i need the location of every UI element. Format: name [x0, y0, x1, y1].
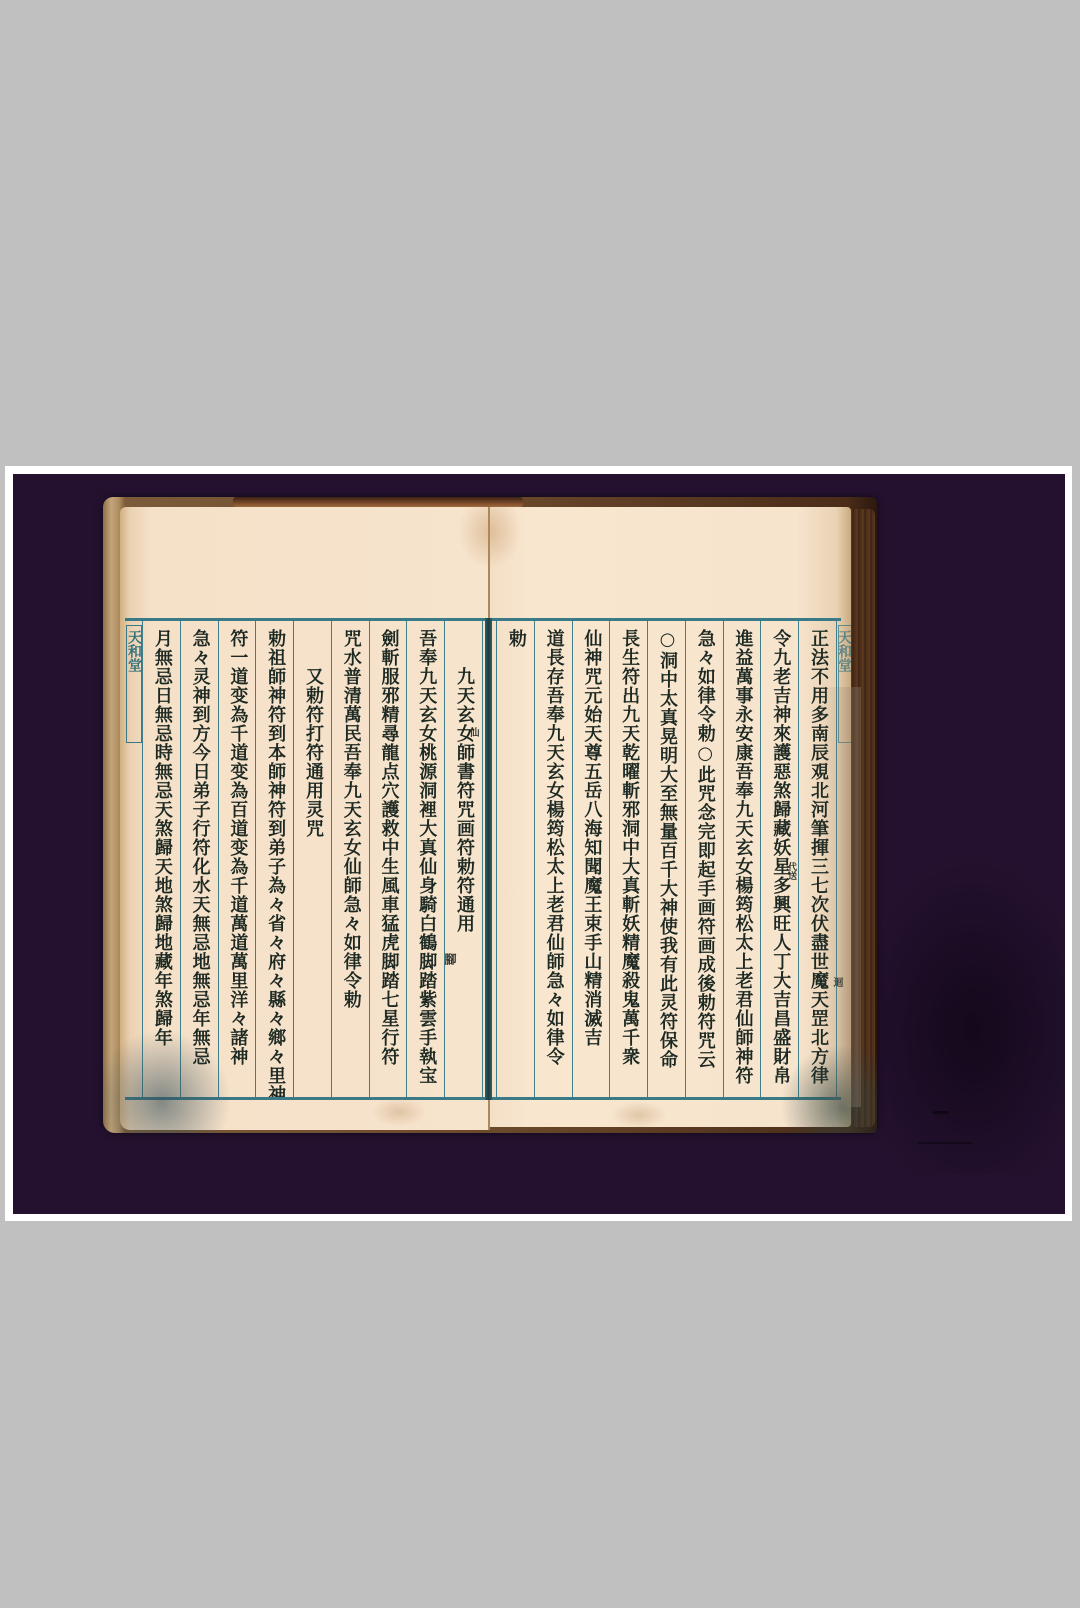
text-column: 急々灵神到方今日弟子行符化水天無忌地無忌年無忌 — [180, 621, 218, 1097]
background-shadow — [853, 854, 1065, 1174]
right-margin-title: 天和堂 — [838, 625, 851, 743]
text-column: 月無忌日無忌時無忌天煞歸天地煞歸地藏年煞歸年 — [142, 621, 180, 1097]
text-column: 吾奉九天玄女桃源洞裡大真仙身騎白鶴脚踏紫雲手執宝 — [406, 621, 444, 1097]
text-column: 長生符出九天乾曜斬邪洞中大真斬妖精魔殺鬼萬千衆 — [609, 621, 647, 1097]
text-column: ○洞中太真晃明大至無量百千大神使我有此灵符保命 — [647, 621, 685, 1097]
open-book: 天和堂 九天玄女師書符咒画符勅符通用 吾奉九天玄女桃源洞裡大真仙身騎白鶴脚踏紫雲… — [103, 497, 877, 1133]
background-mark — [918, 1142, 972, 1144]
text-column: 咒水普清萬民吾奉九天玄女仙師急々如律令勅 — [331, 621, 369, 1097]
text-column: 勅祖師神符到本師神符到弟子為々省々府々縣々鄉々里神 — [255, 621, 293, 1097]
right-page-columns: 正法不用多南辰覌北河筆揮三七次伏盡世魔天罡北方律 令九老吉神來護惡煞歸藏妖星多興… — [497, 621, 837, 1097]
right-margin-title-text: 天和堂 — [838, 630, 851, 672]
margin-annotation: 仙 — [467, 727, 477, 737]
text-column: 勅 — [496, 621, 534, 1097]
margin-annotation: 代送 — [786, 862, 795, 880]
text-column: 急々如律令勅○此咒念完即起手画符画成後勅符咒云 — [685, 621, 723, 1097]
left-margin-title: 天和堂 — [126, 625, 142, 743]
text-column: 令九老吉神來護惡煞歸藏妖星多興旺人丁大吉昌盛財帛 — [760, 621, 798, 1097]
left-page-columns: 九天玄女師書符咒画符勅符通用 吾奉九天玄女桃源洞裡大真仙身騎白鶴脚踏紫雲手執宝 … — [143, 621, 483, 1097]
text-column: 仙神咒元始天尊五岳八海知聞魔王束手山精消滅吉 — [572, 621, 610, 1097]
left-margin-title-text: 天和堂 — [126, 630, 142, 672]
text-column: 正法不用多南辰覌北河筆揮三七次伏盡世魔天罡北方律 — [798, 621, 836, 1097]
text-column: 道長存吾奉九天玄女楊筠松太上老君仙師急々如律令 — [534, 621, 572, 1097]
photo-frame: 天和堂 九天玄女師書符咒画符勅符通用 吾奉九天玄女桃源洞裡大真仙身騎白鶴脚踏紫雲… — [5, 466, 1072, 1221]
text-column: 劍斬服邪精尋龍点穴護救中生風車猛虎脚踏七星行符 — [369, 621, 407, 1097]
manuscript-photo: 天和堂 九天玄女師書符咒画符勅符通用 吾奉九天玄女桃源洞裡大真仙身騎白鶴脚踏紫雲… — [13, 474, 1065, 1214]
center-fold-rule — [485, 618, 492, 1100]
text-column: 進益萬事永安康吾奉九天玄女楊筠松太上老君仙師神符 — [723, 621, 761, 1097]
cover-top-edge — [233, 497, 523, 507]
left-page: 天和堂 九天玄女師書符咒画符勅符通用 吾奉九天玄女桃源洞裡大真仙身騎白鶴脚踏紫雲… — [120, 507, 489, 1130]
right-page: 天和堂 正法不用多南辰覌北河筆揮三七次伏盡世魔天罡北方律 令九老吉神來護惡煞歸藏… — [489, 507, 851, 1127]
margin-annotation: 迴 — [831, 977, 841, 987]
background-mark — [933, 1111, 949, 1114]
text-column: 符一道变為千道变為百道变為千道萬道萬里洋々諸神 — [218, 621, 256, 1097]
text-column: 九天玄女師書符咒画符勅符通用 — [444, 621, 482, 1097]
page-edge-stack — [849, 509, 875, 1127]
text-column: 又勅符打符通用灵咒 — [293, 621, 331, 1097]
margin-annotation: 腳 — [445, 953, 455, 965]
